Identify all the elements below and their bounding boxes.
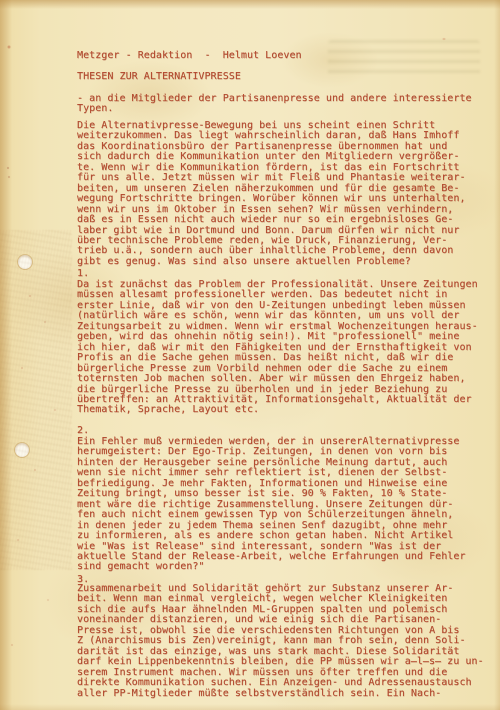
section-2-text: Ein Fehler muß vermieden werden, der in …: [77, 437, 500, 573]
page-title: THESEN ZUR ALTERNATIVPRESSE: [77, 72, 500, 82]
punch-hole-top: [18, 255, 32, 269]
section-1-number: 1.: [77, 269, 500, 279]
section-3-text: Zusammenarbeit und Solidarität gehört zu…: [77, 584, 500, 699]
salutation: - an die Mitglieder der Partisanenpresse…: [77, 94, 500, 115]
byline: Metzger - Redaktion - Helmut Loeven: [77, 51, 500, 61]
scanned-typewritten-page: Metzger - Redaktion - Helmut Loeven THES…: [0, 0, 500, 710]
section-2-number: 2.: [77, 426, 500, 436]
punch-hole-bottom: [15, 443, 29, 457]
intro-paragraph: Die Alternativpresse-Bewegung bei uns sc…: [77, 121, 500, 267]
section-1-text: Da ist zunächst das Problem der Professi…: [77, 280, 500, 416]
